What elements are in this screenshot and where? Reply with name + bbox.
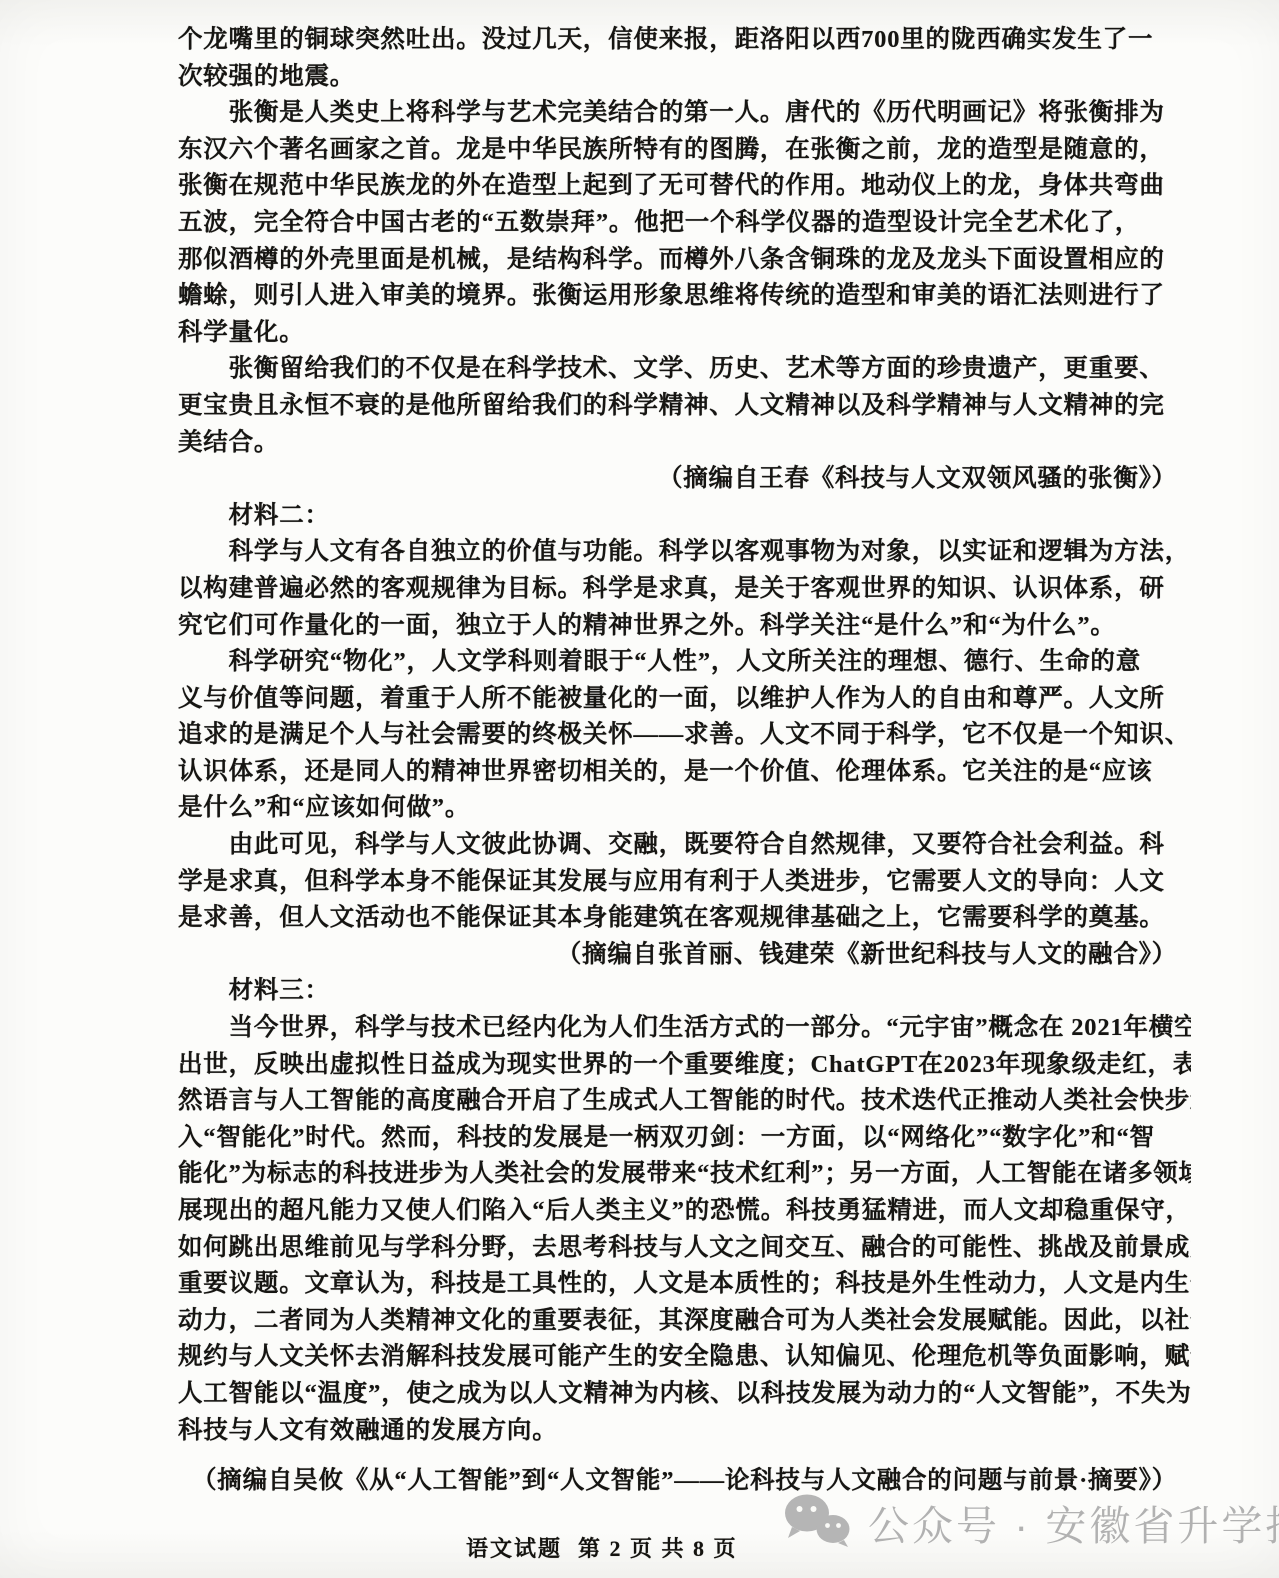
text-line: 入“智能化”时代。然而，科技的发展是一柄双刃剑：一方面，以“网络化”“数字化”和… [178,1120,1191,1157]
text-line: 是什么”和“应该如何做”。 [178,790,1191,827]
text-line: 重要议题。文章认为，科技是工具性的，人文是本质性的；科技是外生性动力，人文是内生… [178,1266,1191,1303]
text-line: 人工智能以“温度”，使之成为以人文精神为内核、以科技发展为动力的“人文智能”，不… [178,1376,1191,1413]
text-line: 以构建普遍必然的客观规律为目标。科学是求真，是关于客观世界的知识、认识体系，研 [178,571,1191,608]
paragraph: 张衡留给我们的不仅是在科学技术、文学、历史、艺术等方面的珍贵遗产，更重要、更宝贵… [178,351,1191,461]
text-line: 能化”为标志的科技进步为人类社会的发展带来“技术红利”；另一方面，人工智能在诸多… [178,1156,1191,1193]
watermark-text: 公众号 · 安徽省升学指南 [868,1493,1279,1552]
text-line: 究它们可作量化的一面，独立于人的精神世界之外。科学关注“是什么”和“为什么”。 [178,608,1191,645]
paragraph: 张衡是人类史上将科学与艺术完美结合的第一人。唐代的《历代明画记》将张衡排为东汉六… [178,95,1191,351]
text-line: 蟾蜍，则引人进入审美的境界。张衡运用形象思维将传统的造型和审美的语汇法则进行了 [178,278,1191,315]
text-line: 动力，二者同为人类精神文化的重要表征，其深度融合可为人类社会发展赋能。因此，以社… [178,1303,1191,1340]
text-line: 学是求真，但科学本身不能保证其发展与应用有利于人类进步，它需要人文的导向：人文 [178,864,1191,901]
text-line: 义与价值等问题，着重于人所不能被量化的一面，以维护人作为人的自由和尊严。人文所 [178,681,1191,718]
text-line: 材料二： [178,498,1191,535]
text-line: （摘编自王春《科技与人文双领风骚的张衡》） [178,461,1191,498]
exam-page: 个龙嘴里的铜球突然吐出。没过几天，信使来报，距洛阳以西700里的陇西确实发生了一… [0,0,1279,1578]
text-line: 次较强的地震。 [178,59,1191,96]
page-footer: 语文试题 第 2 页 共 8 页 [466,1532,738,1563]
text-line: 追求的是满足个人与社会需要的终极关怀——求善。人文不同于科学，它不仅是一个知识、 [178,717,1191,754]
text-line: 由此可见，科学与人文彼此协调、交融，既要符合自然规律，又要符合社会利益。科 [178,827,1191,864]
text-line: 张衡是人类史上将科学与艺术完美结合的第一人。唐代的《历代明画记》将张衡排为 [178,95,1191,132]
text-line: 科学量化。 [178,315,1191,352]
text-line: 规约与人文关怀去消解科技发展可能产生的安全隐患、认知偏见、伦理危机等负面影响，赋… [178,1339,1191,1376]
paragraph: 科学研究“物化”，人文学科则着眼于“人性”，人文所关注的理想、德行、生命的意义与… [178,644,1191,827]
page-number: 第 2 页 共 8 页 [578,1532,738,1563]
text-line: 五波，完全符合中国古老的“五数崇拜”。他把一个科学仪器的造型设计完全艺术化了， [178,205,1191,242]
paragraph: （摘编自王春《科技与人文双领风骚的张衡》） [178,461,1191,498]
text-line: 个龙嘴里的铜球突然吐出。没过几天，信使来报，距洛阳以西700里的陇西确实发生了一 [178,22,1191,59]
text-line: 当今世界，科学与技术已经内化为人们生活方式的一部分。“元宇宙”概念在 2021年… [178,1010,1191,1047]
doc-title: 语文试题 [466,1532,562,1563]
text-line: 那似酒樽的外壳里面是机械，是结构科学。而樽外八条含铜珠的龙及龙头下面设置相应的 [178,242,1191,279]
paragraph: 当今世界，科学与技术已经内化为人们生活方式的一部分。“元宇宙”概念在 2021年… [178,1010,1191,1449]
text-line: 是求善，但人文活动也不能保证其本身能建筑在客观规律基础之上，它需要科学的奠基。 [178,900,1191,937]
text-line: 然语言与人工智能的高度融合开启了生成式人工智能的时代。技术迭代正推动人类社会快步… [178,1083,1191,1120]
watermark: 公众号 · 安徽省升学指南 [782,1492,1279,1553]
text-line: 美结合。 [178,425,1191,462]
text-line: 科技与人文有效融通的发展方向。 [178,1413,1191,1450]
section-header: 材料三： [178,973,1191,1010]
paragraph: 科学与人文有各自独立的价值与功能。科学以客观事物为对象，以实证和逻辑为方法，以构… [178,534,1191,644]
text-line: 科学研究“物化”，人文学科则着眼于“人性”，人文所关注的理想、德行、生命的意 [178,644,1191,681]
text-line: 展现出的超凡能力又使人们陷入“后人类主义”的恐慌。科技勇猛精进，而人文却稳重保守… [178,1193,1191,1230]
text-line: （摘编自张首丽、钱建荣《新世纪科技与人文的融合》） [178,937,1191,974]
text-line: 张衡留给我们的不仅是在科学技术、文学、历史、艺术等方面的珍贵遗产，更重要、 [178,351,1191,388]
text-line: 出世，反映出虚拟性日益成为现实世界的一个重要维度；ChatGPT在2023年现象… [178,1047,1191,1084]
wechat-icon [782,1492,854,1553]
text-line: 东汉六个著名画家之首。龙是中华民族所特有的图腾，在张衡之前，龙的造型是随意的， [178,132,1191,169]
paragraph: 个龙嘴里的铜球突然吐出。没过几天，信使来报，距洛阳以西700里的陇西确实发生了一… [178,22,1191,95]
section-header: 材料二： [178,498,1191,535]
paragraph: 由此可见，科学与人文彼此协调、交融，既要符合自然规律，又要符合社会利益。科学是求… [178,827,1191,937]
paragraph: （摘编自张首丽、钱建荣《新世纪科技与人文的融合》） [178,937,1191,974]
text-line: 认识体系，还是同人的精神世界密切相关的，是一个价值、伦理体系。它关注的是“应该 [178,754,1191,791]
text-line: 材料三： [178,973,1191,1010]
text-line: 如何跳出思维前见与学科分野，去思考科技与人文之间交互、融合的可能性、挑战及前景成… [178,1230,1191,1267]
text-line: 张衡在规范中华民族龙的外在造型上起到了无可替代的作用。地动仪上的龙，身体共弯曲 [178,168,1191,205]
document-body: 个龙嘴里的铜球突然吐出。没过几天，信使来报，距洛阳以西700里的陇西确实发生了一… [178,22,1191,1500]
text-line: 更宝贵且永恒不衰的是他所留给我们的科学精神、人文精神以及科学精神与人文精神的完 [178,388,1191,425]
text-line: 科学与人文有各自独立的价值与功能。科学以客观事物为对象，以实证和逻辑为方法， [178,534,1191,571]
